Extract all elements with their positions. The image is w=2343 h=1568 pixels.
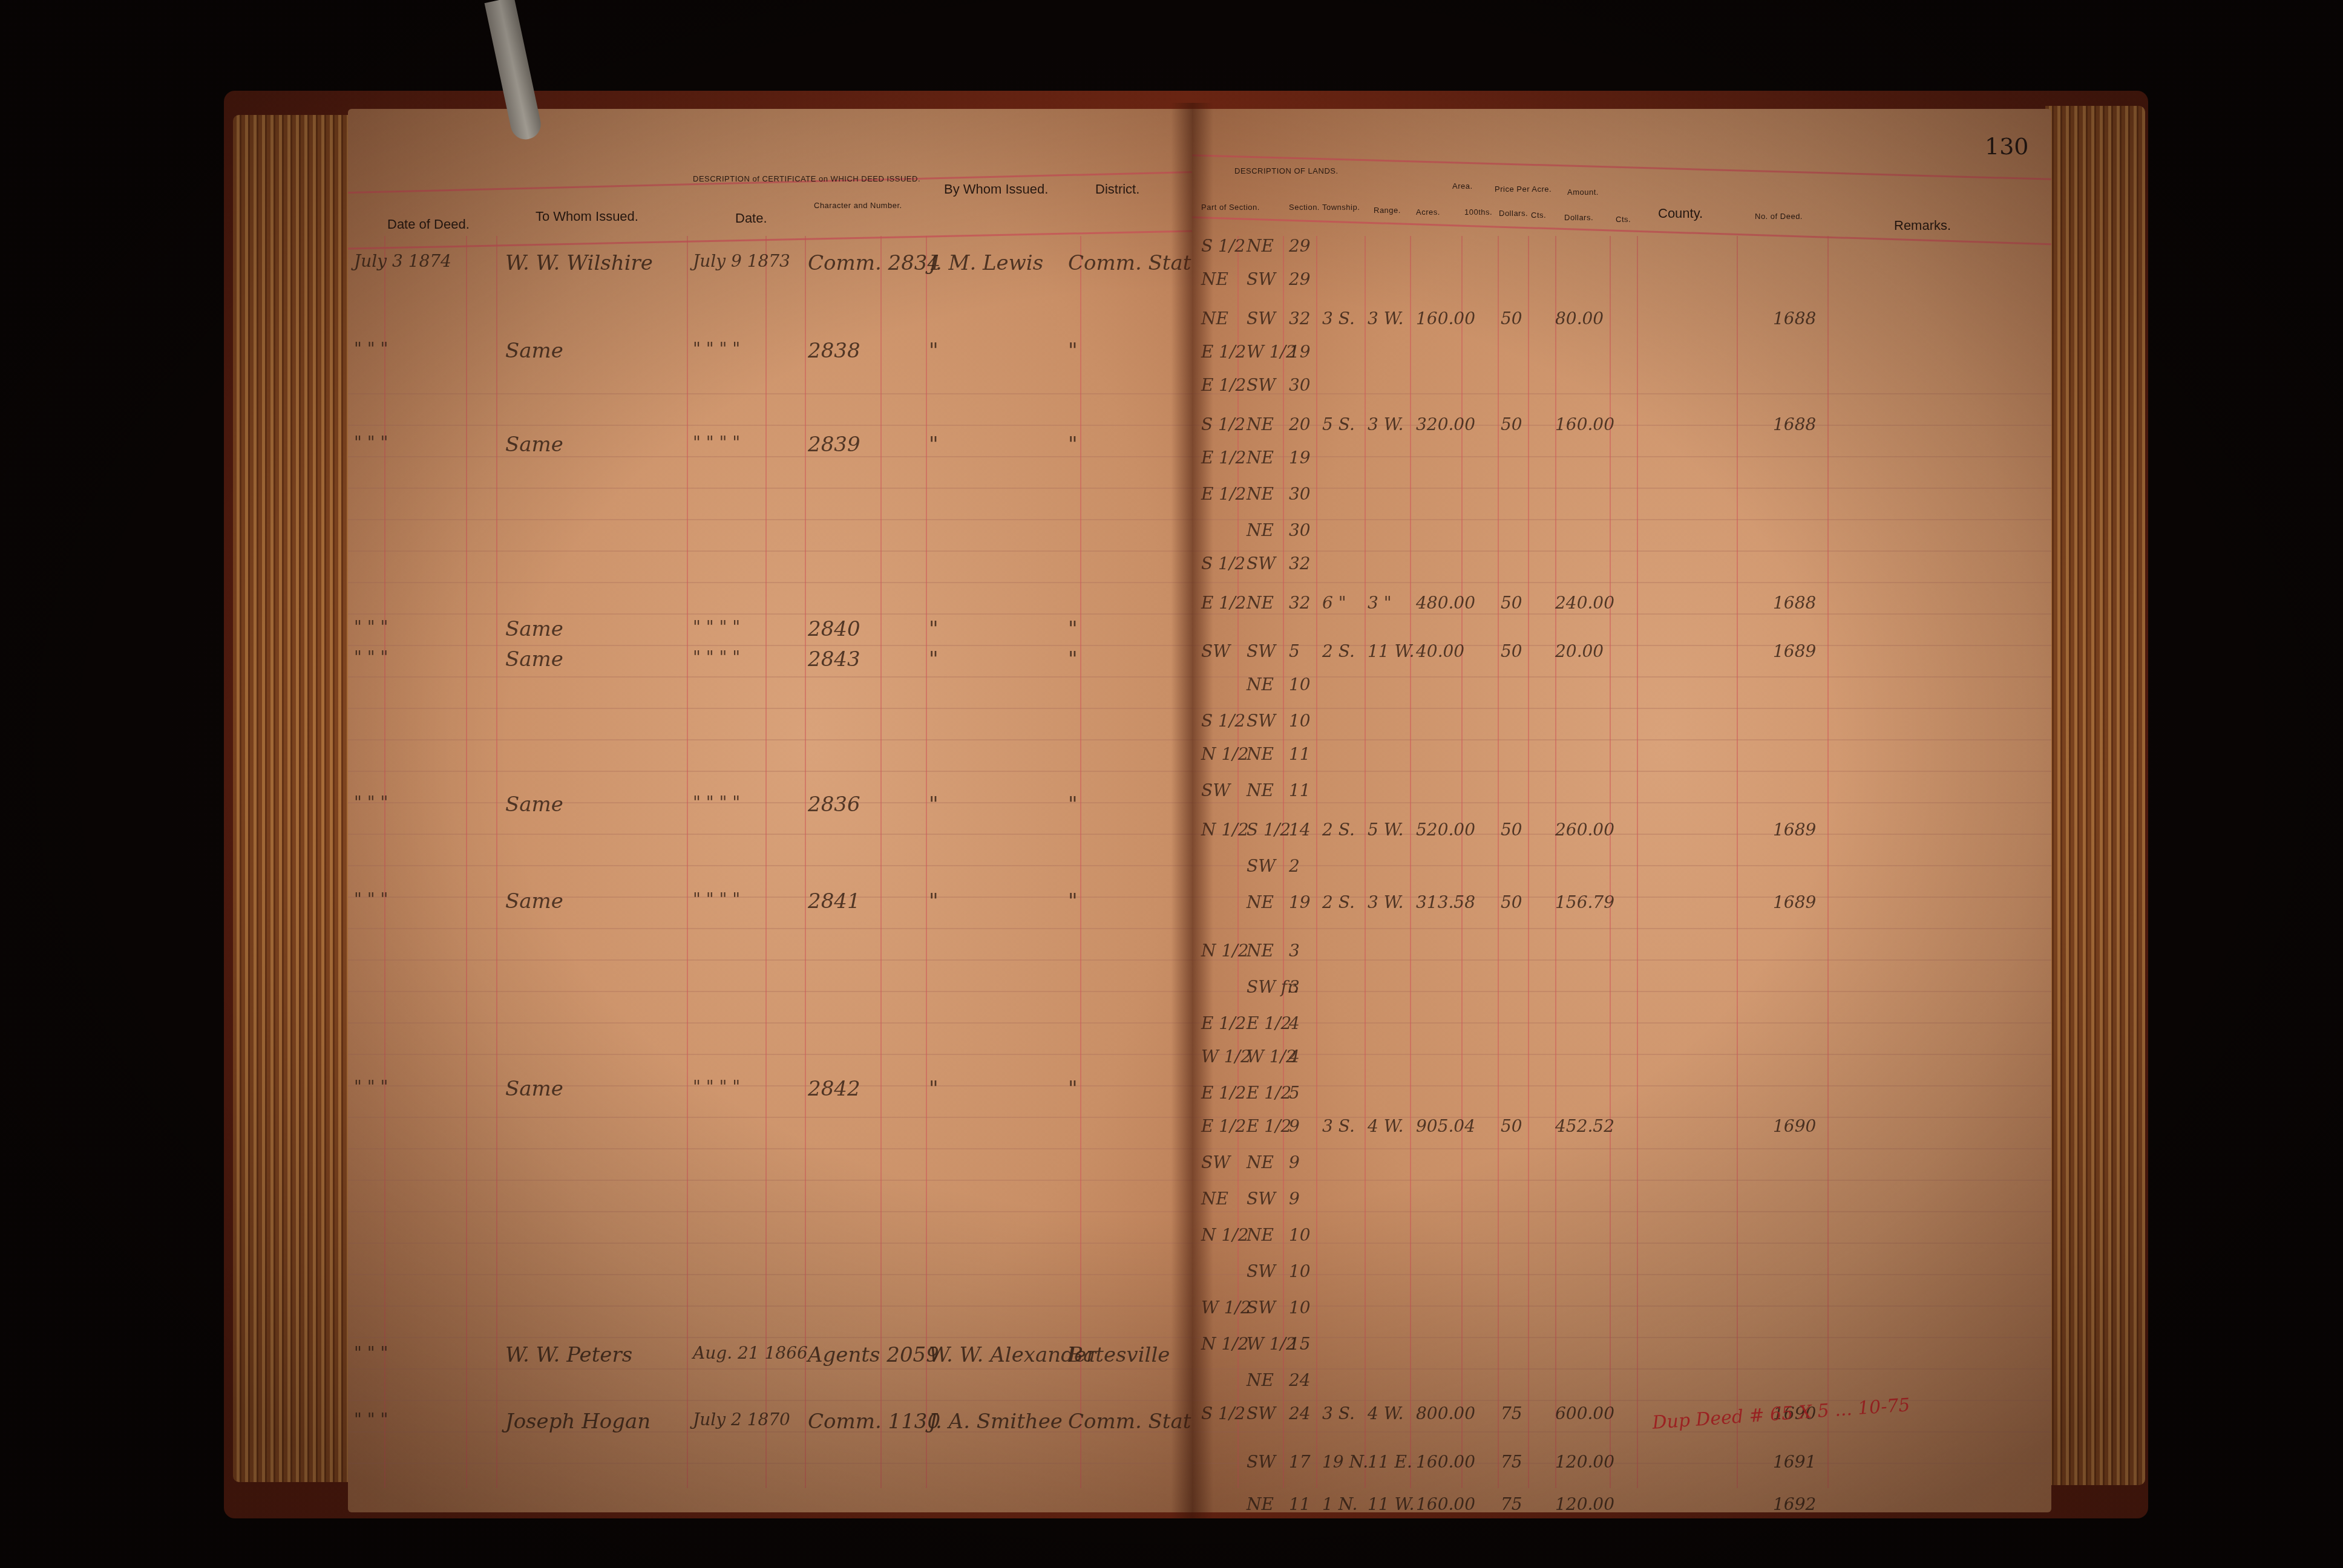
issued-by: " [929, 617, 939, 641]
grantee-name: Same [505, 339, 563, 363]
section-number: 5 [1289, 1083, 1300, 1103]
section-number: 9 [1289, 1116, 1300, 1136]
quarter-section: E 1/2 [1247, 1083, 1291, 1103]
section-number: 11 [1289, 780, 1311, 800]
township: 1 N. [1322, 1494, 1357, 1514]
township: 19 N. [1322, 1452, 1368, 1472]
price-per-acre: 75 [1501, 1452, 1522, 1472]
header-to-whom-issued: To Whom Issued. [536, 209, 638, 224]
certificate-date: July 2 1870 [693, 1410, 790, 1429]
section-number: 32 [1289, 593, 1311, 613]
acres: 320.00 [1416, 414, 1475, 434]
section-number: 5 [1289, 641, 1300, 661]
column-divider [805, 236, 806, 1488]
header-date-of-deed: Date of Deed. [387, 217, 470, 232]
certificate-date: July 9 1873 [693, 251, 790, 271]
amount: 260.00 [1555, 820, 1614, 840]
acres: 40.00 [1416, 641, 1464, 661]
column-divider [1637, 236, 1638, 1488]
price-per-acre: 50 [1501, 820, 1522, 840]
quarter-section: E 1/2 [1247, 1116, 1291, 1136]
range: 4 W. [1368, 1116, 1404, 1136]
range: 11 E. [1368, 1452, 1412, 1472]
deed-number: 1690 [1773, 1116, 1816, 1136]
issued-by: J. A. Smithee [929, 1410, 1063, 1434]
ruled-lines [1192, 363, 2051, 1488]
column-divider [765, 236, 767, 1488]
acres: 160.00 [1416, 1494, 1475, 1514]
certificate-date: " " " " [693, 1077, 740, 1097]
section-number: 4 [1289, 1013, 1300, 1033]
district: " [1068, 339, 1078, 363]
grantee-name: Same [505, 433, 563, 457]
price-per-acre: 50 [1501, 593, 1522, 613]
certificate-number: 2840 [808, 617, 860, 641]
header-price-dollars: Dollars. [1499, 209, 1528, 218]
deed-date: " " " [354, 617, 388, 637]
deed-number: 1688 [1773, 414, 1816, 434]
header-lands-group: DESCRIPTION OF LANDS. [1234, 166, 1339, 175]
certificate-date: Aug. 21 1866 [693, 1343, 808, 1363]
deed-number: 1689 [1773, 820, 1816, 840]
district: " [1068, 617, 1078, 641]
page-edges-right [2045, 106, 2145, 1485]
section-number: 10 [1289, 1298, 1311, 1318]
quarter-section: NE [1247, 448, 1274, 468]
quarter-section: NE [1247, 1494, 1274, 1514]
certificate-date: " " " " [693, 792, 740, 812]
deed-date: " " " [354, 792, 388, 812]
district: Batesville [1068, 1343, 1170, 1367]
certificate-date: " " " " [693, 647, 740, 667]
header-area-group: Area. [1452, 181, 1473, 191]
section-number: 20 [1289, 414, 1311, 434]
certificate-number: Comm. 2834 [808, 251, 940, 275]
quarter-section: SW [1247, 1298, 1276, 1318]
township: 6 " [1322, 593, 1346, 613]
quarter-section: SW [1247, 711, 1276, 731]
section-number: 14 [1289, 820, 1311, 840]
township: 2 S. [1322, 641, 1355, 661]
certificate-date: " " " " [693, 889, 740, 909]
header-remarks: Remarks. [1894, 218, 1951, 234]
certificate-number: Comm. 1130 [808, 1410, 940, 1434]
amount: 240.00 [1555, 593, 1614, 613]
section-number: 10 [1289, 675, 1311, 694]
quarter-section: SW [1247, 375, 1276, 395]
amount: 20.00 [1555, 641, 1604, 661]
section-number: 19 [1289, 448, 1311, 468]
column-divider [1498, 236, 1499, 1488]
price-per-acre: 50 [1501, 1116, 1522, 1136]
acres: 160.00 [1416, 1452, 1475, 1472]
header-cert-date: Date. [735, 211, 767, 226]
range: 5 W. [1368, 820, 1404, 840]
header-township: Township. [1322, 203, 1360, 212]
section-number: 30 [1289, 484, 1311, 504]
certificate-number: 2842 [808, 1077, 860, 1101]
section-number: 3 [1289, 941, 1300, 961]
grantee-name: W. W. Peters [505, 1343, 632, 1367]
header-certificate-group: DESCRIPTION of CERTIFICATE on WHICH DEED… [693, 174, 920, 183]
column-divider [466, 236, 467, 1488]
quarter-section: NE [1247, 1225, 1274, 1245]
column-divider [1365, 236, 1366, 1488]
section-number: 11 [1289, 744, 1311, 764]
section-number: 11 [1289, 1494, 1311, 1514]
amount: 600.00 [1555, 1403, 1614, 1423]
certificate-date: " " " " [693, 339, 740, 359]
quarter-section: S 1/2 [1247, 820, 1291, 840]
section-number: 24 [1289, 1370, 1311, 1390]
header-amount-dollars: Dollars. [1564, 213, 1593, 222]
quarter-section: E 1/2 [1247, 1013, 1291, 1033]
section-number: 19 [1289, 342, 1311, 362]
column-divider [687, 236, 688, 1488]
section-number: 4 [1289, 1047, 1300, 1067]
certificate-date: " " " " [693, 617, 740, 637]
district: " [1068, 792, 1078, 817]
header-by-whom-issued: By Whom Issued. [944, 181, 1048, 197]
township: 2 S. [1322, 820, 1355, 840]
township: 3 S. [1322, 309, 1355, 328]
certificate-number: 2838 [808, 339, 860, 363]
deed-date: " " " [354, 647, 388, 667]
quarter-section: SW [1247, 269, 1276, 289]
deed-date: " " " [354, 433, 388, 452]
township: 3 S. [1322, 1403, 1355, 1423]
header-price-cents: Cts. [1531, 211, 1546, 220]
issued-by: " [929, 339, 939, 363]
deed-date: " " " [354, 1343, 388, 1363]
left-page: Date of Deed. To Whom Issued. DESCRIPTIO… [348, 109, 1192, 1512]
quarter-section: NE [1247, 780, 1274, 800]
range: 3 W. [1368, 414, 1404, 434]
column-divider [1080, 236, 1081, 1488]
acres: 905.04 [1416, 1116, 1475, 1136]
range: 3 " [1368, 593, 1392, 613]
column-divider [880, 236, 882, 1488]
quarter-section: SW [1247, 856, 1276, 876]
deed-number: 1692 [1773, 1494, 1816, 1514]
header-amount-cents: Cts. [1616, 215, 1631, 224]
header-district: District. [1095, 181, 1139, 197]
quarter-section: NE [1247, 520, 1274, 540]
deed-number: 1688 [1773, 309, 1816, 328]
grantee-name: W. W. Wilshire [505, 251, 653, 275]
issued-by: " [929, 889, 939, 913]
column-divider [1283, 236, 1284, 1488]
certificate-number: 2836 [808, 792, 860, 817]
section-number: 9 [1289, 1152, 1300, 1172]
amount: 80.00 [1555, 309, 1604, 328]
deed-date: " " " [354, 889, 388, 909]
issued-by: J. M. Lewis [929, 251, 1043, 275]
column-divider [926, 236, 927, 1488]
price-per-acre: 75 [1501, 1403, 1522, 1423]
header-county: County. [1658, 206, 1703, 221]
deed-date: July 3 1874 [354, 251, 451, 271]
price-per-acre: 50 [1501, 641, 1522, 661]
deed-number: 1689 [1773, 892, 1816, 912]
quarter-section: NE [1247, 892, 1274, 912]
header-cert-character-number: Character and Number. [814, 201, 902, 210]
acres: 160.00 [1416, 309, 1475, 328]
section-number: 17 [1289, 1452, 1311, 1472]
quarter-section: NE [1247, 941, 1274, 961]
header-acres: Acres. [1416, 207, 1440, 217]
acres: 480.00 [1416, 593, 1475, 613]
section-number: 29 [1289, 269, 1311, 289]
quarter-section: NE [1247, 593, 1274, 613]
price-per-acre: 50 [1501, 309, 1522, 328]
section-number: 10 [1289, 711, 1311, 731]
deed-number: 1689 [1773, 641, 1816, 661]
range: 3 W. [1368, 309, 1404, 328]
column-divider [1316, 236, 1317, 1488]
quarter-section: SW [1247, 1452, 1276, 1472]
quarter-section: SW [1247, 1189, 1276, 1209]
header-bottom-rule [348, 230, 1192, 249]
amount: 120.00 [1555, 1452, 1614, 1472]
quarter-section: NE [1247, 414, 1274, 434]
section-number: 30 [1289, 520, 1311, 540]
quarter-section: NE [1247, 744, 1274, 764]
acres: 800.00 [1416, 1403, 1475, 1423]
section-number: 32 [1289, 309, 1311, 328]
issued-by: " [929, 792, 939, 817]
grantee-name: Same [505, 647, 563, 671]
grantee-name: Same [505, 1077, 563, 1101]
column-divider [1737, 236, 1738, 1488]
page-number: 130 [1985, 133, 2029, 160]
range: 3 W. [1368, 892, 1404, 912]
district: " [1068, 647, 1078, 671]
column-divider [1410, 236, 1411, 1488]
deed-number: 1691 [1773, 1452, 1816, 1472]
quarter-section: SW [1247, 309, 1276, 328]
quarter-section: SW [1247, 1261, 1276, 1281]
amount: 452.52 [1555, 1116, 1614, 1136]
header-amount-group: Amount. [1567, 188, 1599, 197]
section-number: 9 [1289, 1189, 1300, 1209]
district: " [1068, 433, 1078, 457]
deed-date: " " " [354, 339, 388, 359]
range: 11 W. [1368, 1494, 1414, 1514]
header-range: Range. [1374, 206, 1401, 215]
column-divider [1827, 236, 1829, 1488]
acres: 520.00 [1416, 820, 1475, 840]
quarter-section: SW [1247, 1403, 1276, 1423]
deed-number: 1688 [1773, 593, 1816, 613]
township: 2 S. [1322, 892, 1355, 912]
section-number: 29 [1289, 236, 1311, 256]
quarter-section: SW [1247, 641, 1276, 661]
header-no-of-deed: No. of Deed. [1755, 212, 1803, 221]
issued-by: " [929, 433, 939, 457]
certificate-number: 2843 [808, 647, 860, 671]
quarter-section: SW [1247, 554, 1276, 573]
certificate-number: 2841 [808, 889, 860, 913]
section-number: 32 [1289, 554, 1311, 573]
issued-by: " [929, 1077, 939, 1101]
amount: 156.79 [1555, 892, 1614, 912]
right-page: 130 DESCRIPTION OF LANDS. Part of Sectio… [1192, 109, 2051, 1512]
section-number: 3 [1289, 977, 1300, 997]
acres: 313.58 [1416, 892, 1475, 912]
price-per-acre: 50 [1501, 414, 1522, 434]
township: 3 S. [1322, 1116, 1355, 1136]
township: 5 S. [1322, 414, 1355, 434]
header-hundredths: 100ths. [1464, 207, 1492, 217]
column-divider [1528, 236, 1529, 1488]
header-section: Section. [1289, 203, 1320, 212]
column-divider [496, 236, 497, 1488]
section-number: 30 [1289, 375, 1311, 395]
section-number: 15 [1289, 1334, 1311, 1354]
deed-date: " " " [354, 1410, 388, 1429]
section-number: 10 [1289, 1261, 1311, 1281]
amount: 160.00 [1555, 414, 1614, 434]
district: " [1068, 889, 1078, 913]
certificate-number: Agents 2059 [808, 1343, 939, 1367]
quarter-section: NE [1247, 675, 1274, 694]
grantee-name: Same [505, 792, 563, 817]
quarter-section: NE [1247, 484, 1274, 504]
quarter-section: NE [1247, 236, 1274, 256]
section-number: 19 [1289, 892, 1311, 912]
book-gutter [1171, 103, 1213, 1518]
ruled-lines [348, 363, 1192, 1488]
deed-date: " " " [354, 1077, 388, 1097]
grantee-name: Same [505, 617, 563, 641]
page-edges-left [233, 115, 354, 1482]
amount: 120.00 [1555, 1494, 1614, 1514]
quarter-section: NE [1247, 1152, 1274, 1172]
range: 11 W. [1368, 641, 1414, 661]
issued-by: " [929, 647, 939, 671]
header-price-group: Price Per Acre. [1495, 185, 1552, 194]
certificate-number: 2839 [808, 433, 860, 457]
price-per-acre: 75 [1501, 1494, 1522, 1514]
price-per-acre: 50 [1501, 892, 1522, 912]
quarter-section: NE [1247, 1370, 1274, 1390]
range: 4 W. [1368, 1403, 1404, 1423]
district: " [1068, 1077, 1078, 1101]
grantee-name: Joseph Hogan [505, 1410, 650, 1434]
grantee-name: Same [505, 889, 563, 913]
column-divider [384, 236, 385, 1488]
section-number: 10 [1289, 1225, 1311, 1245]
certificate-date: " " " " [693, 433, 740, 452]
section-number: 2 [1289, 856, 1300, 876]
section-number: 24 [1289, 1403, 1311, 1423]
